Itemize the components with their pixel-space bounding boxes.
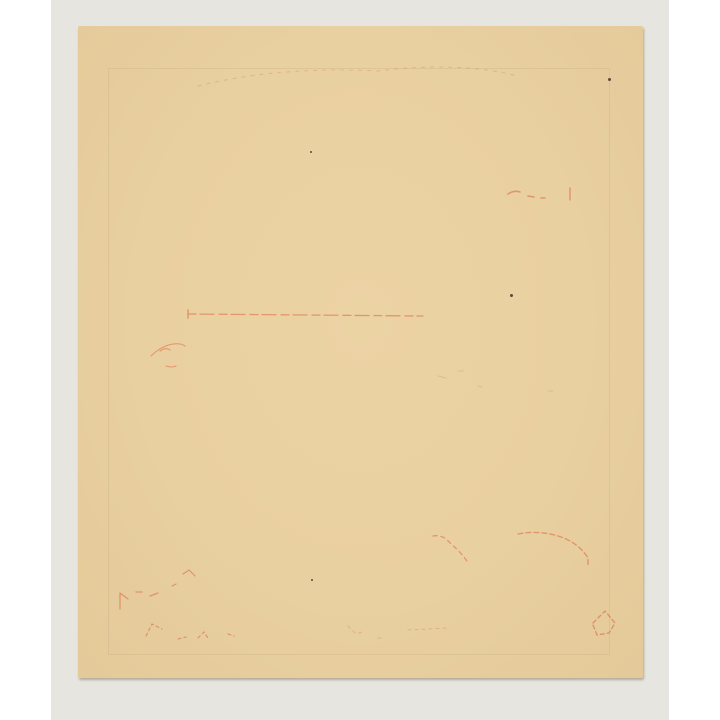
- speck: [310, 151, 312, 153]
- paper-sheet: [78, 26, 643, 678]
- speck: [311, 579, 313, 581]
- ink-show-through: [78, 26, 643, 678]
- speck: [510, 294, 513, 297]
- speck: [608, 78, 611, 81]
